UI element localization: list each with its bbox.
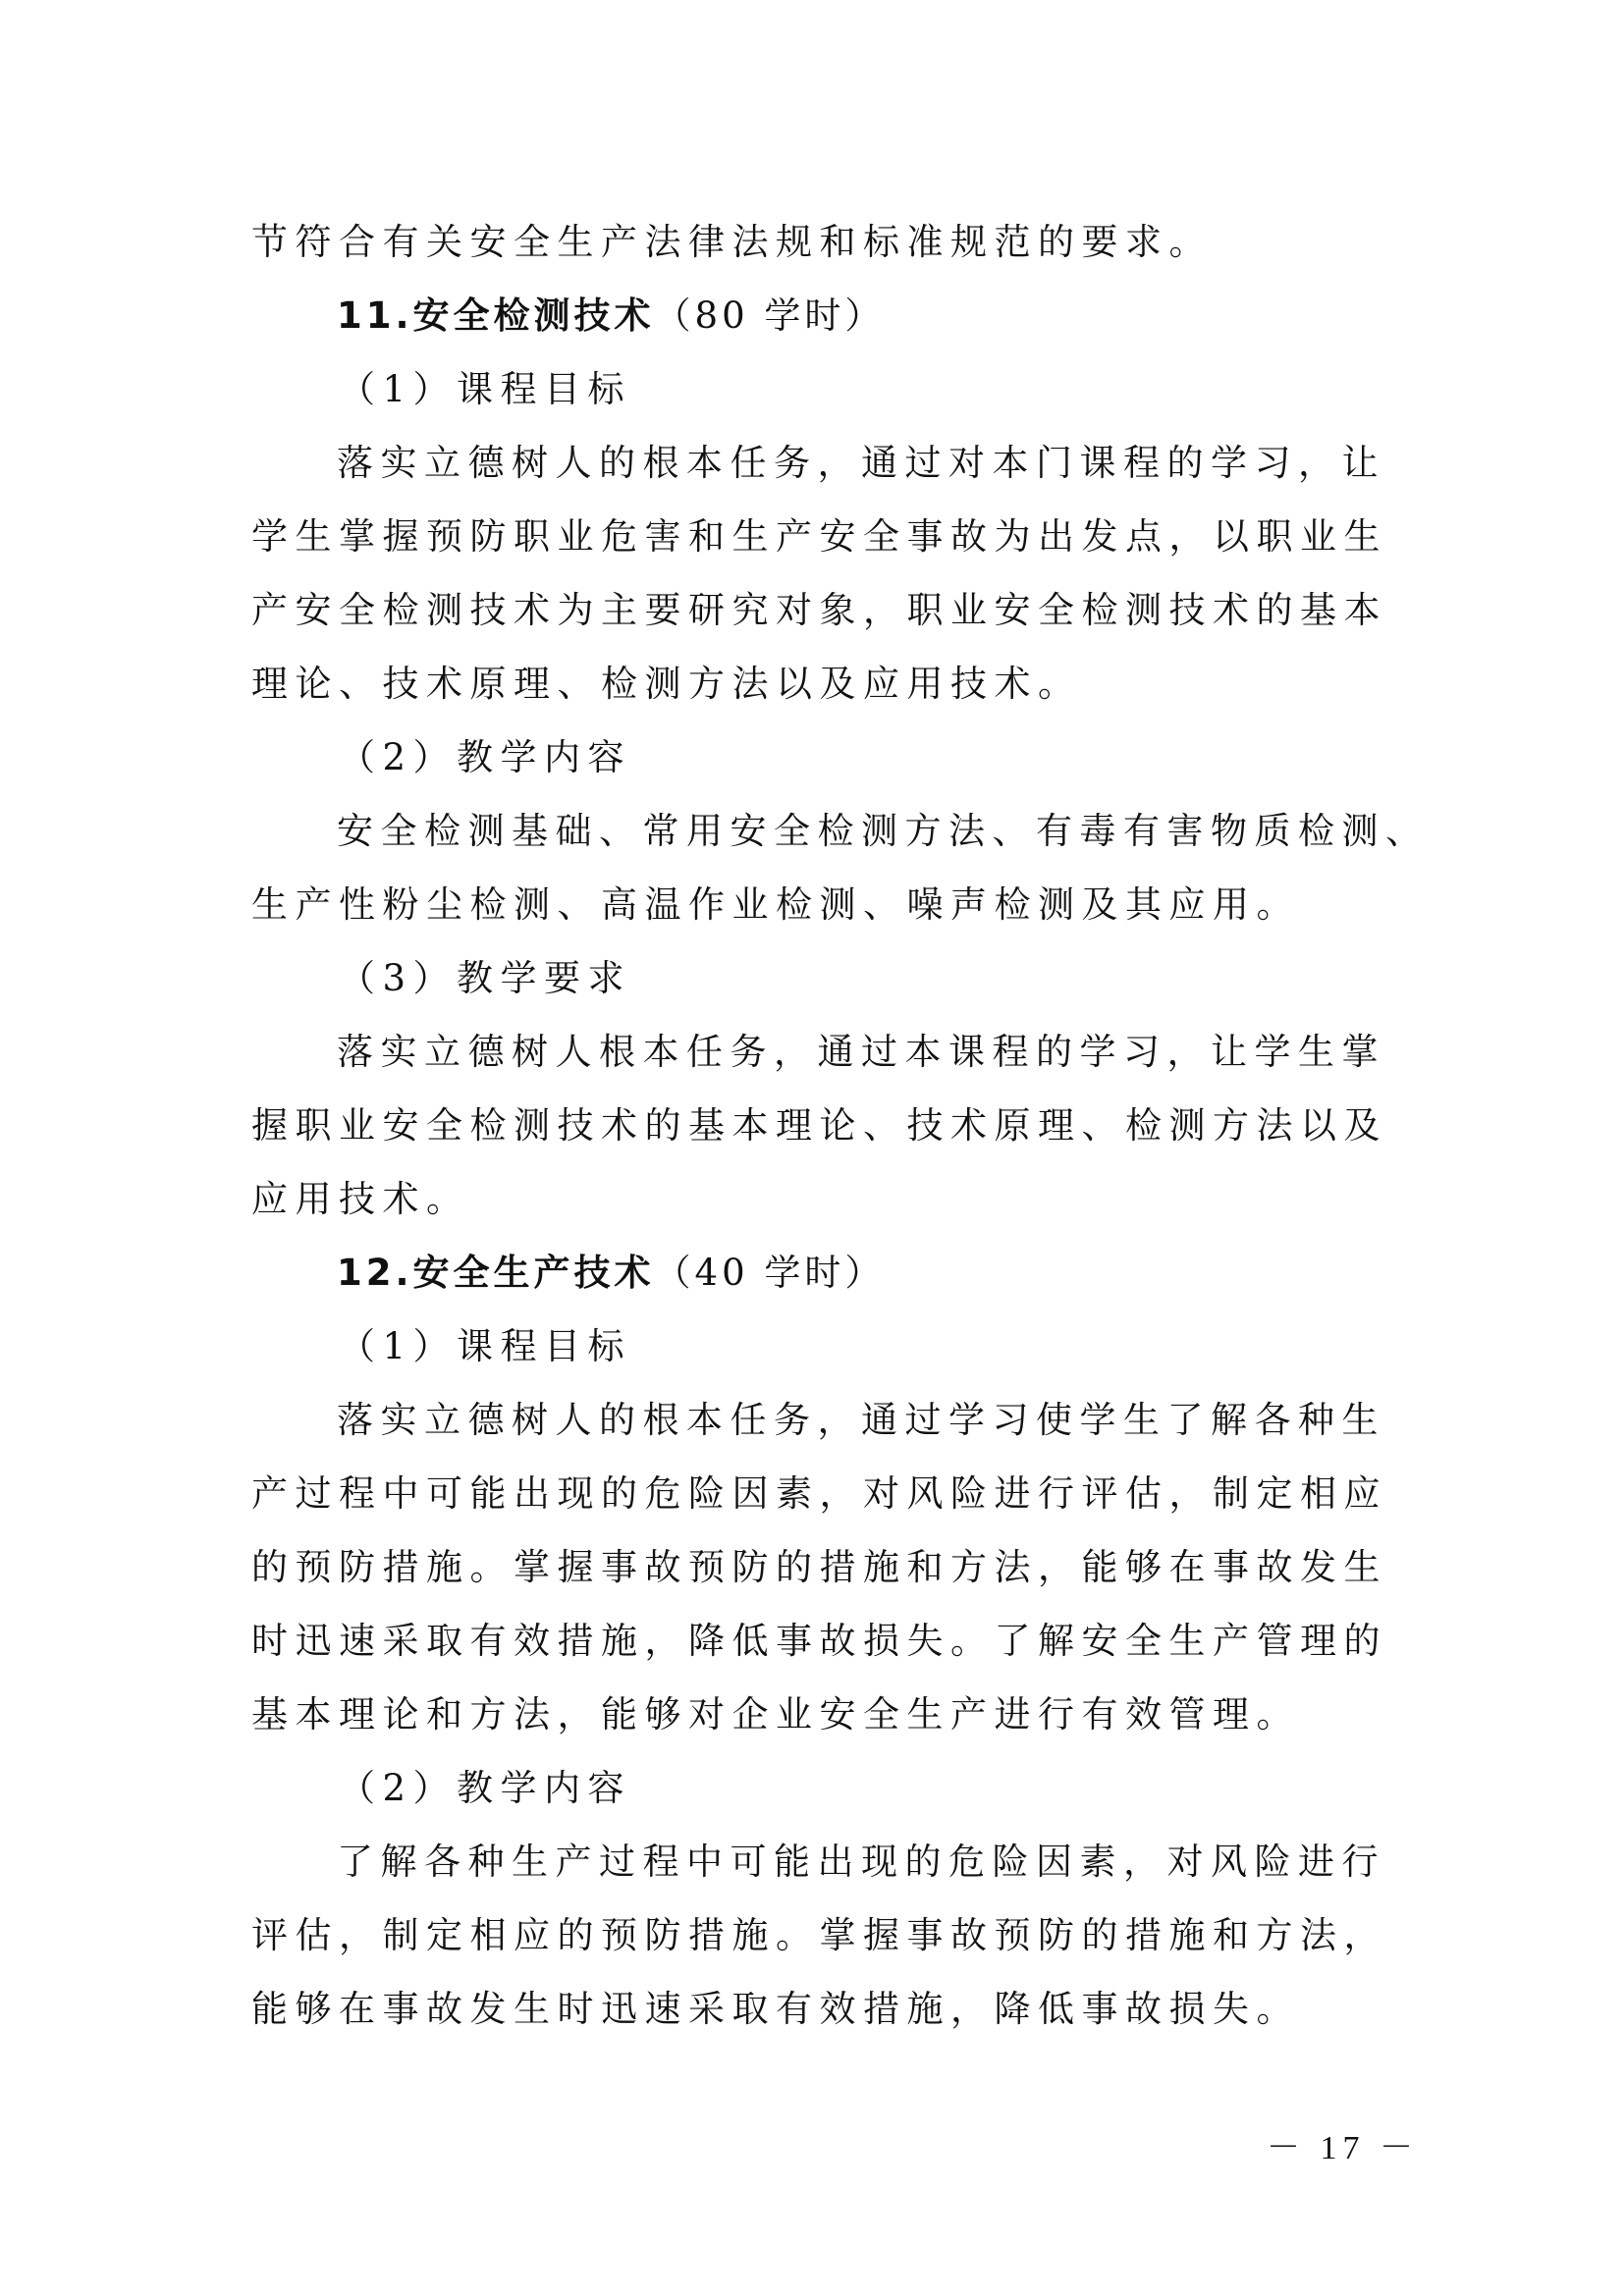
- section-hours: （80 学时）: [655, 294, 886, 337]
- paragraph-line: 评估，制定相应的预防措施。掌握事故预防的措施和方法，: [251, 1911, 1380, 1960]
- paragraph-line: 生产性粉尘检测、高温作业检测、噪声检测及其应用。: [251, 881, 1380, 930]
- paragraph-line: 产安全检测技术为主要研究对象，职业安全检测技术的基本: [251, 586, 1380, 635]
- paragraph-line: 理论、技术原理、检测方法以及应用技术。: [251, 660, 1380, 709]
- paragraph-line: 安全检测基础、常用安全检测方法、有毒有害物质检测、: [337, 807, 1466, 856]
- paragraph-line: 产过程中可能出现的危险因素，对风险进行评估，制定相应: [251, 1469, 1380, 1519]
- paragraph-line: 落实立德树人根本任务，通过本课程的学习，让学生掌: [337, 1028, 1466, 1077]
- section-heading-11: 11.安全检测技术（80 学时）: [337, 292, 1466, 341]
- section-title: 安全检测技术: [413, 294, 655, 337]
- paragraph-line: 节符合有关安全生产法律法规和标准规范的要求。: [251, 218, 1380, 267]
- paragraph-line: 的预防措施。掌握事故预防的措施和方法，能够在事故发生: [251, 1543, 1380, 1592]
- paragraph-line: 时迅速采取有效措施，降低事故损失。了解安全生产管理的: [251, 1617, 1380, 1666]
- section-heading-12: 12.安全生产技术（40 学时）: [337, 1249, 1466, 1298]
- paragraph-line: 握职业安全检测技术的基本理论、技术原理、检测方法以及: [251, 1101, 1380, 1150]
- paragraph-line: 了解各种生产过程中可能出现的危险因素，对风险进行: [337, 1838, 1466, 1887]
- subheading-teaching-content: （2）教学内容: [339, 733, 1468, 782]
- subheading-course-objectives: （1）课程目标: [339, 1322, 1468, 1371]
- subheading-course-objectives: （1）课程目标: [339, 365, 1468, 414]
- paragraph-line: 落实立德树人的根本任务，通过对本门课程的学习，让: [337, 439, 1466, 488]
- paragraph-line: 基本理论和方法，能够对企业安全生产进行有效管理。: [251, 1690, 1380, 1739]
- paragraph-line: 应用技术。: [251, 1175, 1380, 1224]
- document-page: 节符合有关安全生产法律法规和标准规范的要求。 11.安全检测技术（80 学时） …: [0, 0, 1624, 2296]
- subheading-teaching-requirements: （3）教学要求: [339, 954, 1468, 1003]
- subheading-teaching-content: （2）教学内容: [339, 1764, 1468, 1813]
- section-title: 安全生产技术: [413, 1252, 655, 1294]
- section-number: 11.: [337, 294, 413, 337]
- paragraph-line: 学生掌握预防职业危害和生产安全事故为出发点，以职业生: [251, 512, 1380, 561]
- paragraph-line: 落实立德树人的根本任务，通过学习使学生了解各种生: [337, 1396, 1466, 1445]
- page-number: － 17 －: [1267, 2120, 1419, 2168]
- section-hours: （40 学时）: [655, 1252, 886, 1294]
- paragraph-line: 能够在事故发生时迅速采取有效措施，降低事故损失。: [251, 1985, 1380, 2034]
- section-number: 12.: [337, 1252, 413, 1294]
